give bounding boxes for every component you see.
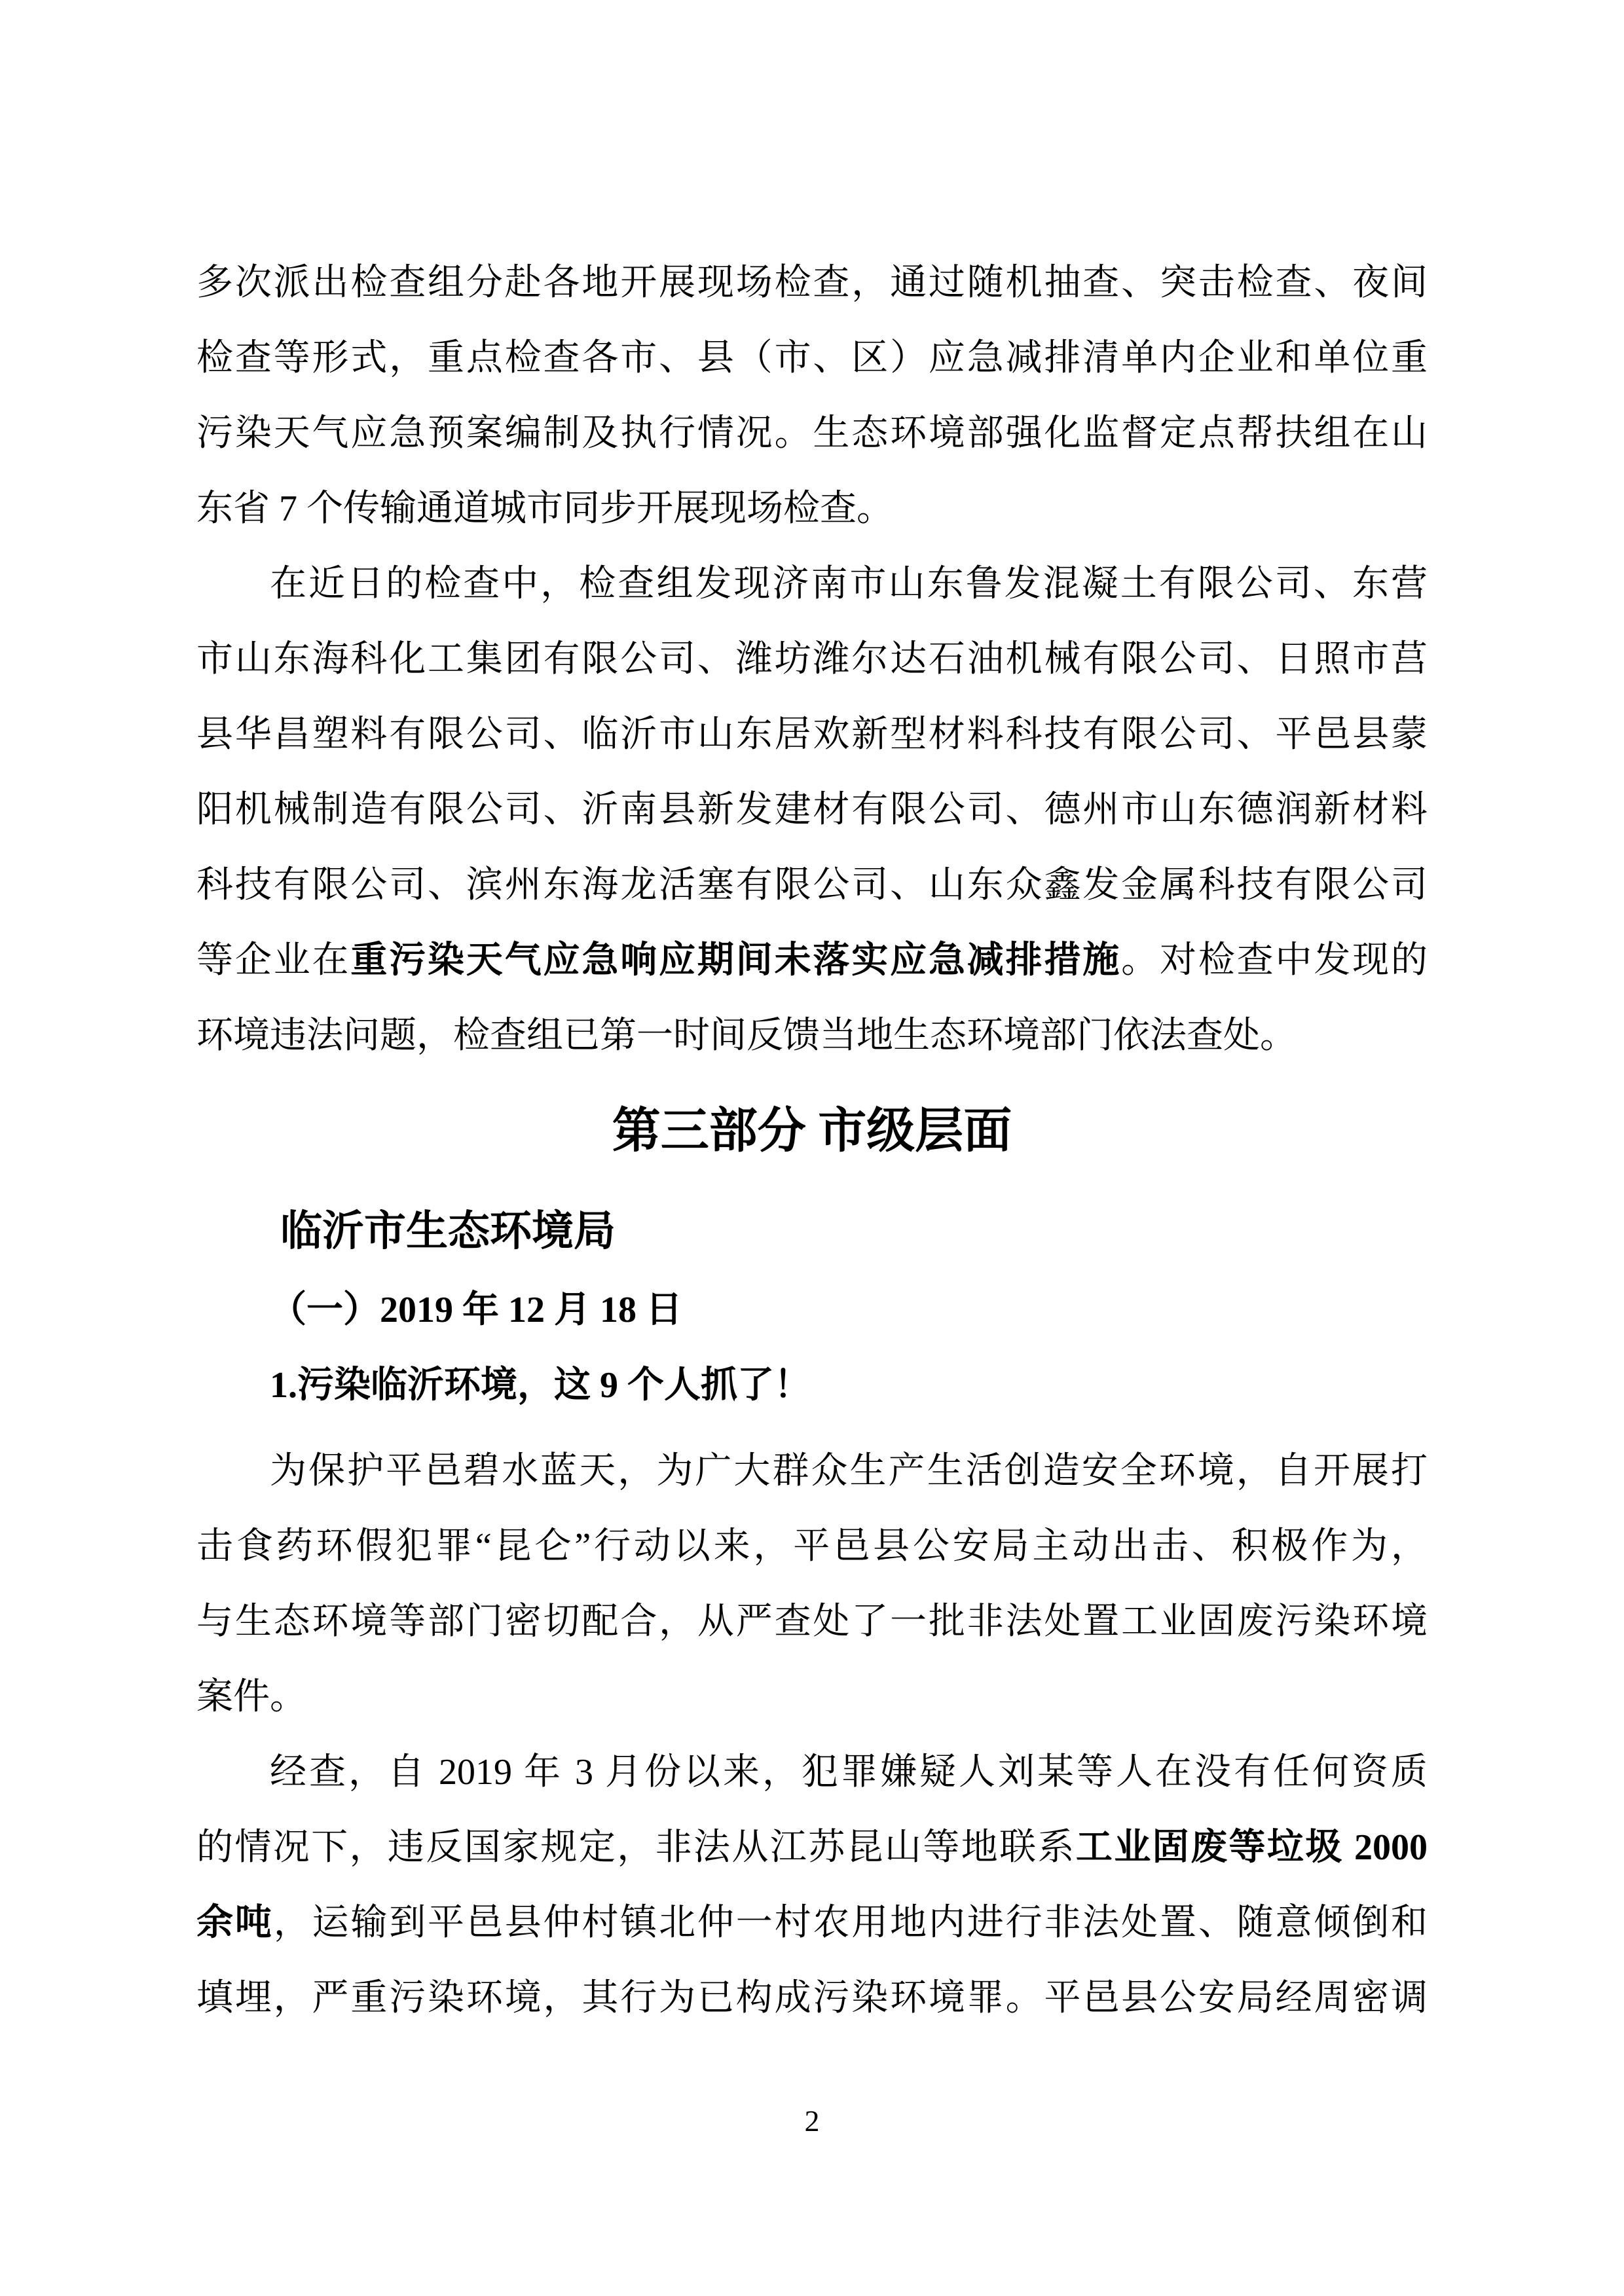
body-line: 环境违法问题，检查组已第一时间反馈当地生态环境部门依法查处。 xyxy=(196,998,1428,1074)
body-line: 经查，自 2019 年 3 月份以来，犯罪嫌疑人刘某等人在没有任何资质 xyxy=(196,1735,1428,1810)
body-line: 检查等形式，重点检查各市、县（市、区）应急减排清单内企业和单位重 xyxy=(196,321,1428,396)
body-text-segment: 。对检查中发现的 xyxy=(1121,940,1428,981)
body-line: 余吨，运输到平邑县仲村镇北仲一村农用地内进行非法处置、随意倾倒和 xyxy=(196,1886,1428,1961)
body-line: 县华昌塑料有限公司、临沂市山东居欢新型材料科技有限公司、平邑县蒙 xyxy=(196,697,1428,773)
body-line: 击食药环假犯罪“昆仑”行动以来，平邑县公安局主动出击、积极作为， xyxy=(196,1509,1428,1584)
bold-text-segment: 重污染天气应急响应期间未落实应急减排措施 xyxy=(350,940,1121,981)
body-text-segment: 等企业在 xyxy=(196,940,350,981)
body-line: 的情况下，违反国家规定，非法从江苏昆山等地联系工业固废等垃圾 2000 xyxy=(196,1810,1428,1886)
body-line: 案件。 xyxy=(196,1660,1428,1735)
date-heading: （一）2019 年 12 月 18 日 xyxy=(196,1273,1428,1348)
body-line: 市山东海科化工集团有限公司、潍坊潍尔达石油机械有限公司、日照市莒 xyxy=(196,622,1428,697)
item-heading: 1.污染临沂环境，这 9 个人抓了！ xyxy=(196,1348,1428,1423)
body-line: 阳机械制造有限公司、沂南县新发建材有限公司、德州市山东德润新材料 xyxy=(196,773,1428,848)
body-line: 与生态环境等部门密切配合，从严查处了一批非法处置工业固废污染环境 xyxy=(196,1584,1428,1660)
section-heading: 第三部分 市级层面 xyxy=(196,1085,1428,1177)
body-line: 多次派出检查组分赴各地开展现场检查，通过随机抽查、突击检查、夜间 xyxy=(196,246,1428,321)
body-line: 污染天气应急预案编制及执行情况。生态环境部强化监督定点帮扶组在山 xyxy=(196,396,1428,471)
body-text-segment: 的情况下，违反国家规定，非法从江苏昆山等地联系 xyxy=(196,1827,1076,1868)
body-line: 科技有限公司、滨州东海龙活塞有限公司、山东众鑫发金属科技有限公司 xyxy=(196,848,1428,923)
body-line: 填埋，严重污染环境，其行为已构成污染环境罪。平邑县公安局经周密调 xyxy=(196,1961,1428,2036)
bold-text-segment: 余吨 xyxy=(196,1903,274,1943)
body-text-segment: ，运输到平邑县仲村镇北仲一村农用地内进行非法处置、随意倾倒和 xyxy=(274,1903,1428,1943)
body-line: 在近日的检查中，检查组发现济南市山东鲁发混凝土有限公司、东营 xyxy=(196,547,1428,622)
page-number: 2 xyxy=(196,2102,1428,2141)
body-line: 东省 7 个传输通道城市同步开展现场检查。 xyxy=(196,471,1428,547)
agency-heading: 临沂市生态环境局 xyxy=(196,1194,1428,1269)
bold-text-segment: 工业固废等垃圾 2000 xyxy=(1076,1827,1428,1868)
body-line: 为保护平邑碧水蓝天，为广大群众生产生活创造安全环境，自开展打 xyxy=(196,1434,1428,1509)
document-page: 多次派出检查组分赴各地开展现场检查，通过随机抽查、突击检查、夜间 检查等形式，重… xyxy=(0,0,1624,2296)
body-line: 等企业在重污染天气应急响应期间未落实应急减排措施。对检查中发现的 xyxy=(196,923,1428,998)
